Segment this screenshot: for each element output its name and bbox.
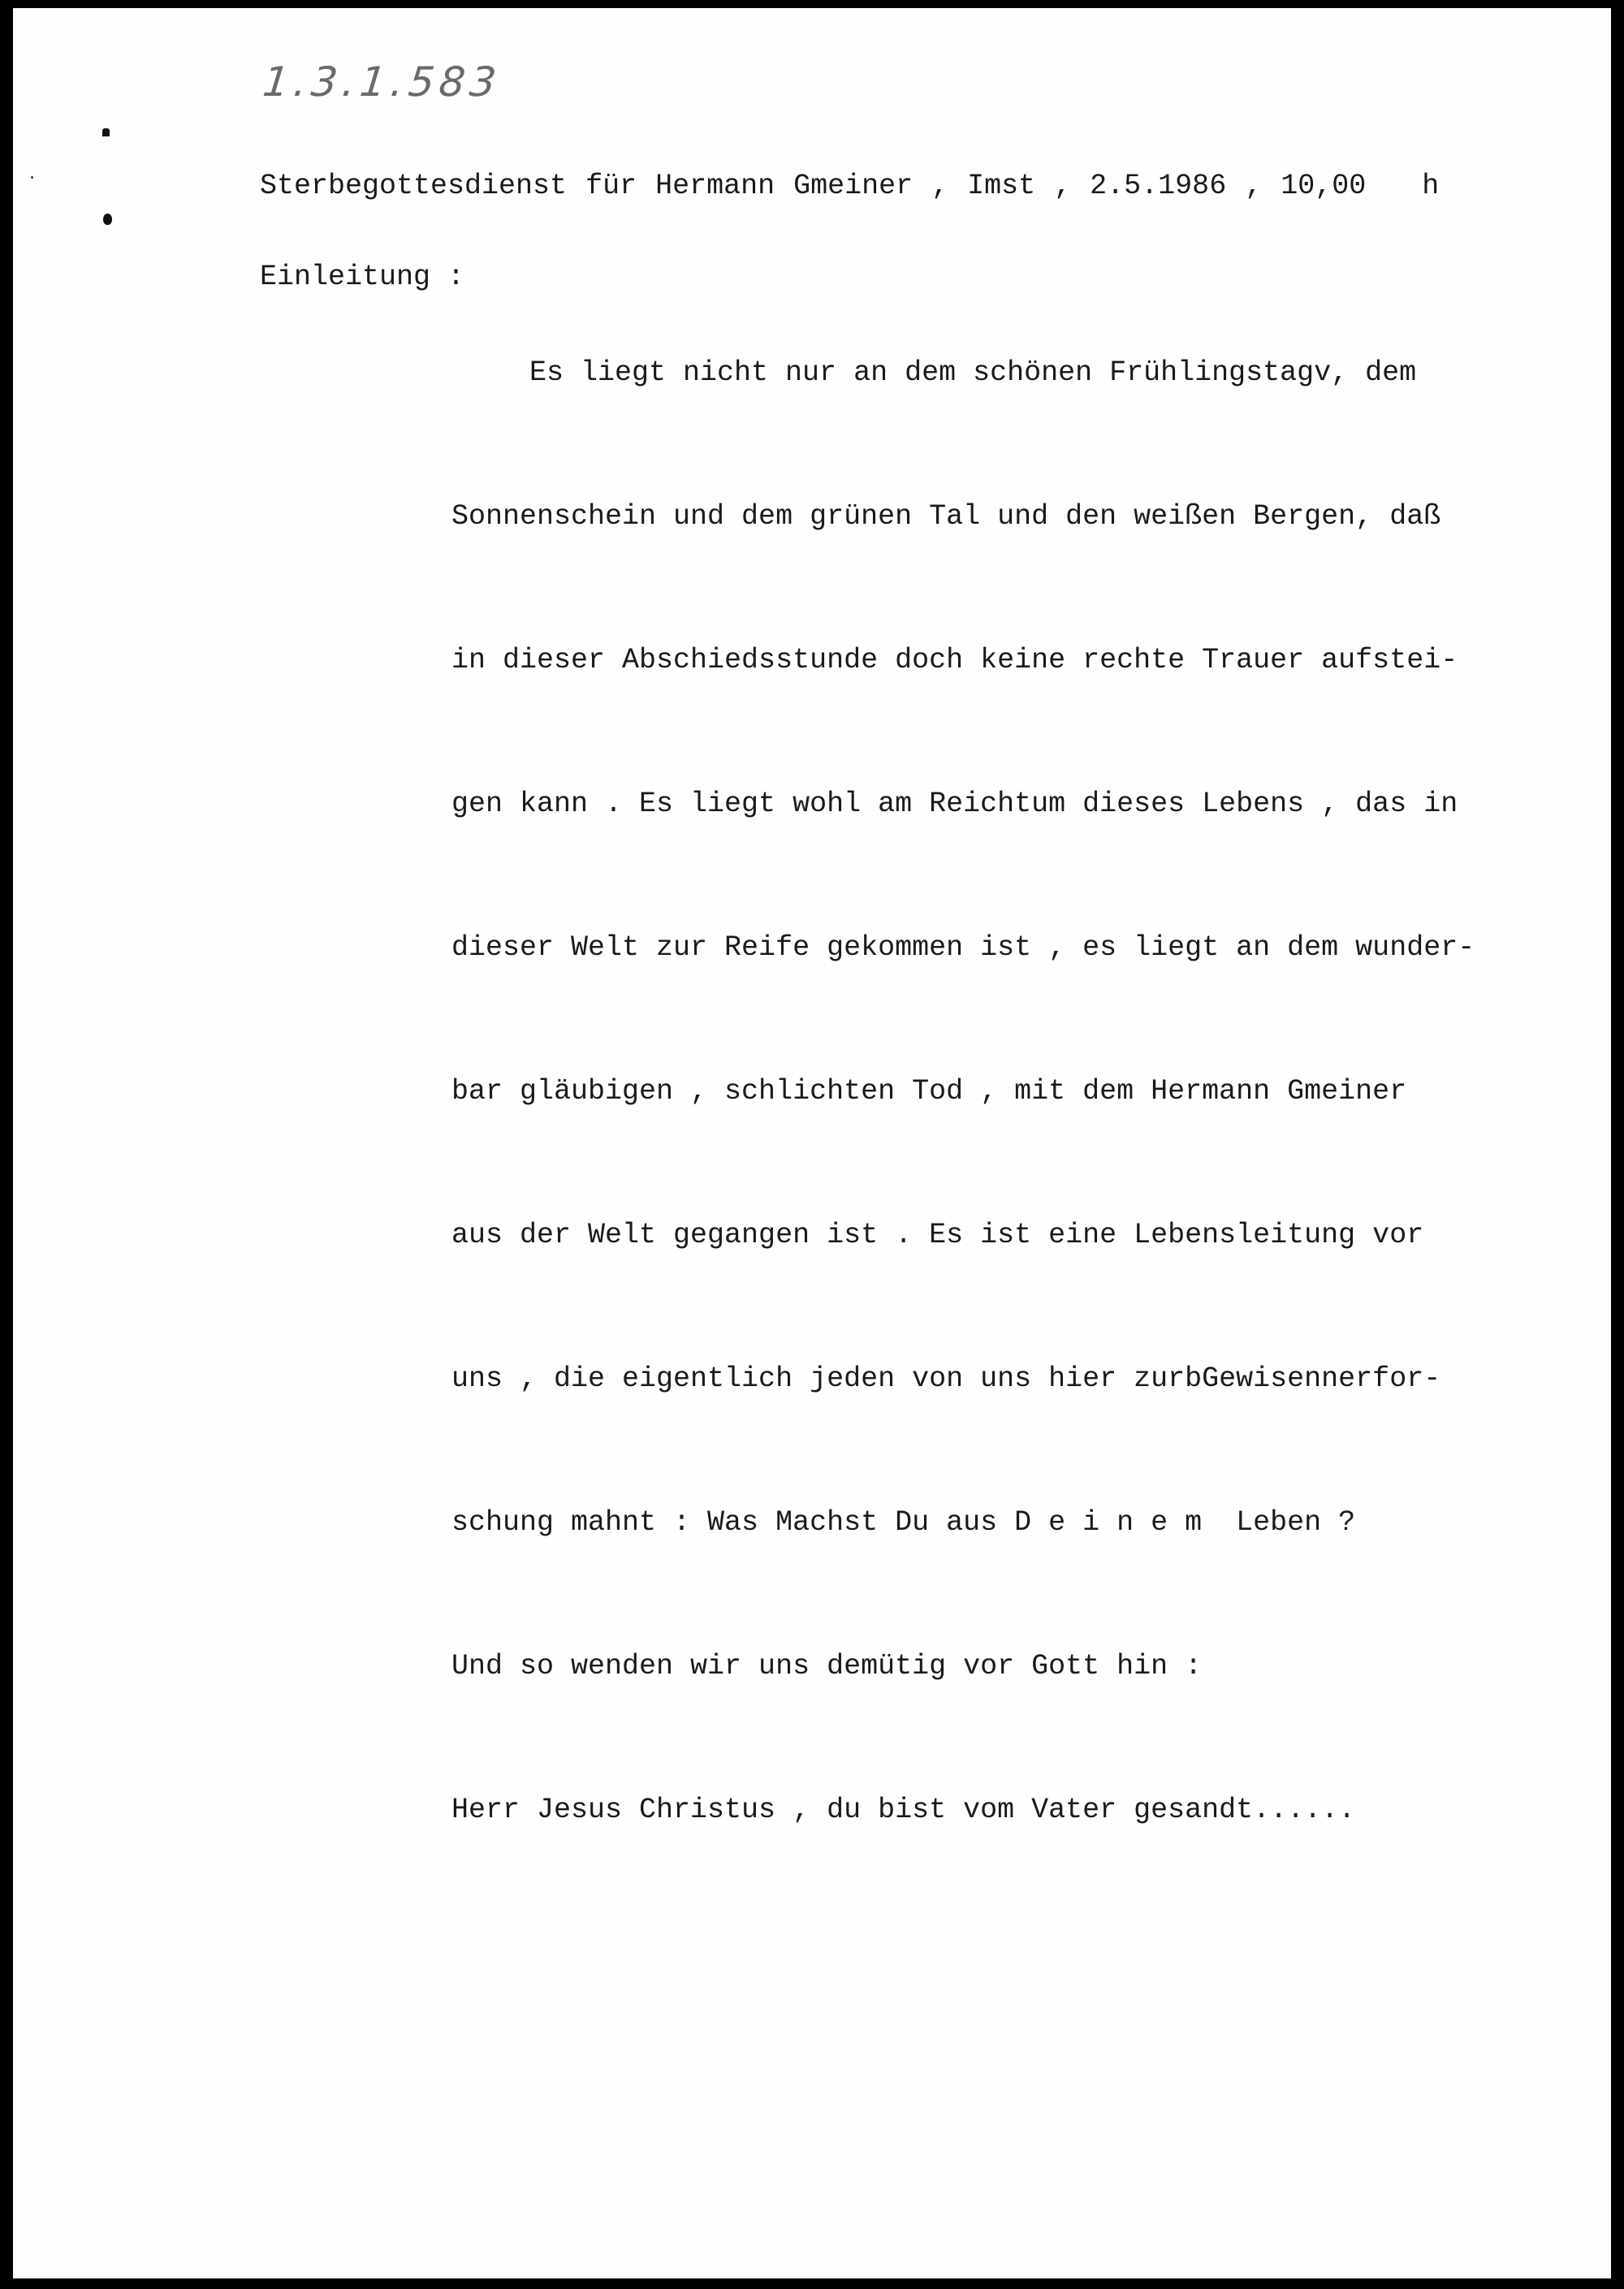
punch-hole-mark-icon: [102, 128, 110, 136]
text-line: dieser Welt zur Reife gekommen ist , es …: [451, 924, 1475, 972]
text-line: Sonnenschein und dem grünen Tal und den …: [451, 493, 1475, 541]
text-line: in dieser Abschiedsstunde doch keine rec…: [451, 637, 1475, 685]
text-line: gen kann . Es liegt wohl am Reichtum die…: [451, 780, 1475, 828]
text-line: bar gläubigen , schlichten Tod , mit dem…: [451, 1068, 1475, 1116]
scan-speck: [31, 176, 33, 179]
text-line: aus der Welt gegangen ist . Es ist eine …: [451, 1211, 1475, 1259]
text-line: uns , die eigentlich jeden von uns hier …: [451, 1355, 1475, 1403]
punch-hole-mark-icon: [103, 214, 112, 225]
scan-border: 1.3.1.583 Sterbegottesdienst für Hermann…: [0, 0, 1624, 2289]
text-line: Herr Jesus Christus , du bist vom Vater …: [451, 1786, 1475, 1834]
document-title-line: Sterbegottesdienst für Hermann Gmeiner ,…: [260, 162, 1439, 210]
archive-number-handwritten: 1.3.1.583: [261, 58, 503, 106]
introduction-body: Es liegt nicht nur an dem schönen Frühli…: [451, 253, 1475, 1930]
text-line: Es liegt nicht nur an dem schönen Frühli…: [451, 349, 1475, 397]
document-page: 1.3.1.583 Sterbegottesdienst für Hermann…: [13, 8, 1611, 2278]
text-line: schung mahnt : Was Machst Du aus D e i n…: [451, 1499, 1475, 1547]
introduction-label: Einleitung :: [260, 253, 464, 301]
text-line: Und so wenden wir uns demütig vor Gott h…: [451, 1643, 1475, 1691]
